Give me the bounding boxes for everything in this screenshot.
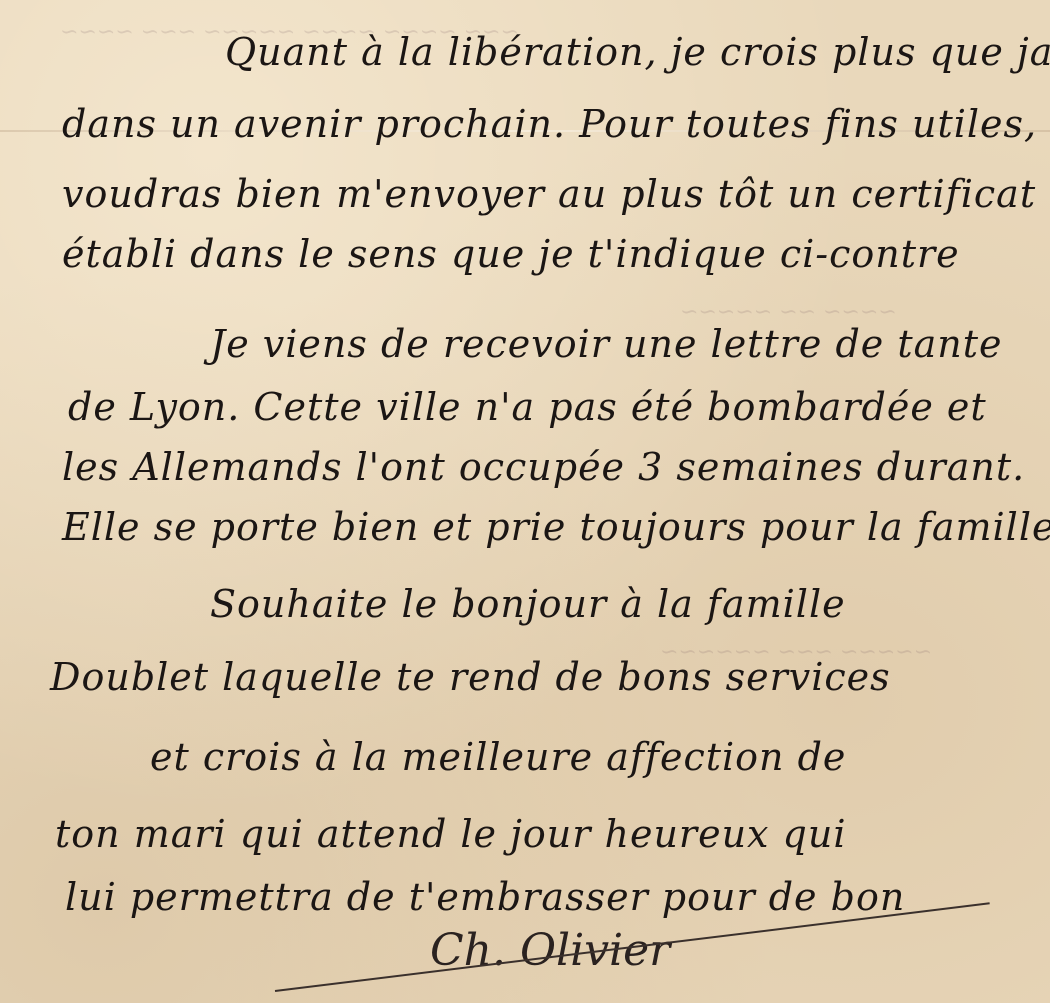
letter-line-7: les Allemands l'ont occupée 3 semaines d… — [62, 445, 1025, 489]
letter-line-5: Je viens de recevoir une lettre de tante — [210, 322, 1003, 366]
letter-line-4: établi dans le sens que je t'indique ci-… — [62, 232, 960, 276]
letter-line-3: voudras bien m'envoyer au plus tôt un ce… — [62, 172, 1036, 216]
letter-line-9: Souhaite le bonjour à la famille — [210, 582, 846, 626]
letter-line-1: Quant à la libération, je crois plus que… — [225, 30, 1050, 74]
letter-line-12: ton mari qui attend le jour heureux qui — [55, 812, 847, 856]
letter-line-11: et crois à la meilleure affection de — [150, 735, 846, 779]
letter-line-10: Doublet laquelle te rend de bons service… — [50, 655, 891, 699]
letter-line-2: dans un avenir prochain. Pour toutes fin… — [62, 102, 1050, 146]
letter-line-6: de Lyon. Cette ville n'a pas été bombard… — [68, 385, 987, 429]
letter-line-8: Elle se porte bien et prie toujours pour… — [62, 505, 1050, 549]
letter-page: ~~~ ~~~~ ~~~~ ~~~~~ ~~~ ~~~~ ~~~~ ~~ ~~~… — [0, 0, 1050, 1003]
letter-line-13: lui permettra de t'embrasser pour de bon — [65, 875, 905, 919]
